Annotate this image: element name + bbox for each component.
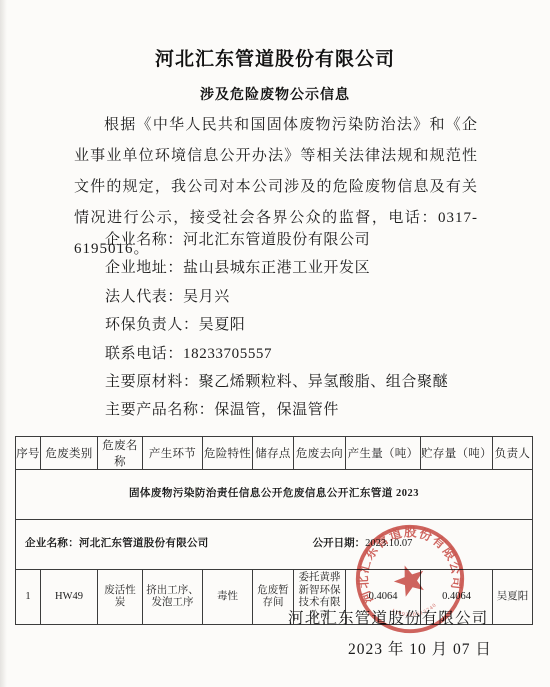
th-waste-destination: 危废去向 [294,437,346,470]
th-waste-category: 危废类别 [41,437,98,470]
th-stored-amount: 贮存量（吨） [421,437,493,470]
info-label: 主要原材料： [105,374,199,390]
th-generated-amount: 产生量（吨） [346,437,421,470]
hazardous-waste-table: 固体废物污染防治责任信息公开危废信息公开汇东管道 2023 企业名称：河北汇东管… [15,436,533,625]
td-serial-no: 1 [16,570,41,625]
info-label: 企业名称： [105,232,183,248]
document-page: 河北汇东管道股份有限公司 涉及危险废物公示信息 根据《中华人民共和国固体废物污染… [0,0,550,687]
table-date-value: 2023.10.07 [365,538,412,549]
footer-date: 2023 年 10 月 07 日 [348,637,492,659]
td-responsible-person: 吴夏阳 [493,570,533,625]
info-label: 环保负责人： [105,317,199,333]
table-publish-date: 公开日期：2023.10.07 [313,538,413,551]
info-label: 企业地址： [105,260,183,276]
th-waste-name: 危废名称 [98,437,143,470]
info-label: 法人代表： [105,289,183,305]
page-title: 河北汇东管道股份有限公司 [0,44,550,71]
info-value: 聚乙烯颗粒料、异氢酸脂、组合聚醚 [199,374,449,390]
company-info-list: 企业名称：河北汇东管道股份有限公司 企业地址：盐山县城东正港工业开发区 法人代表… [105,226,505,425]
table-header-row: 序号 危废类别 危废名称 产生环节 危险特性 储存点 危废去向 产生量（吨） 贮… [16,437,533,470]
page-subtitle: 涉及危险废物公示信息 [0,84,550,104]
th-storage-point: 储存点 [253,437,294,470]
table-info-row: 企业名称：河北汇东管道股份有限公司 公开日期：2023.10.07 [16,520,533,570]
th-responsible-person: 负责人 [493,437,533,470]
info-line-products: 主要产品名称：保温管，保温管件 [105,396,505,424]
table-company-value: 河北汇东管道股份有限公司 [79,538,209,549]
info-value: 盐山县城东正港工业开发区 [183,260,370,276]
table-title: 固体废物污染防治责任信息公开危废信息公开汇东管道 2023 [16,470,533,520]
info-line-env-manager: 环保负责人：吴夏阳 [105,311,505,339]
info-value: 吴月兴 [183,289,230,305]
td-generation-process: 挤出工序、发泡工序 [143,570,203,625]
info-value: 保温管，保温管件 [214,402,339,418]
info-line-legal-rep: 法人代表：吴月兴 [105,283,505,311]
th-serial-no: 序号 [16,437,41,470]
td-hazard-property: 毒性 [203,570,253,625]
footer-company-name: 河北汇东管道股份有限公司 [288,606,488,628]
table-company-label: 企业名称： [25,538,79,549]
info-value: 吴夏阳 [199,317,246,333]
info-line-raw-materials: 主要原材料：聚乙烯颗粒料、异氢酸脂、组合聚醚 [105,368,505,396]
th-hazard-property: 危险特性 [203,437,253,470]
table-date-label: 公开日期： [313,538,366,549]
info-line-company-name: 企业名称：河北汇东管道股份有限公司 [105,226,505,254]
info-label: 联系电话： [105,346,183,362]
td-waste-name: 废活性炭 [98,570,143,625]
info-value: 18233705557 [183,346,272,362]
table-company-name: 企业名称：河北汇东管道股份有限公司 [25,538,209,551]
info-line-address: 企业地址：盐山县城东正港工业开发区 [105,254,505,282]
td-waste-category: HW49 [41,570,98,625]
th-generation-process: 产生环节 [143,437,203,470]
info-line-phone: 联系电话：18233705557 [105,340,505,368]
info-value: 河北汇东管道股份有限公司 [183,232,370,248]
info-label: 主要产品名称： [105,402,214,418]
